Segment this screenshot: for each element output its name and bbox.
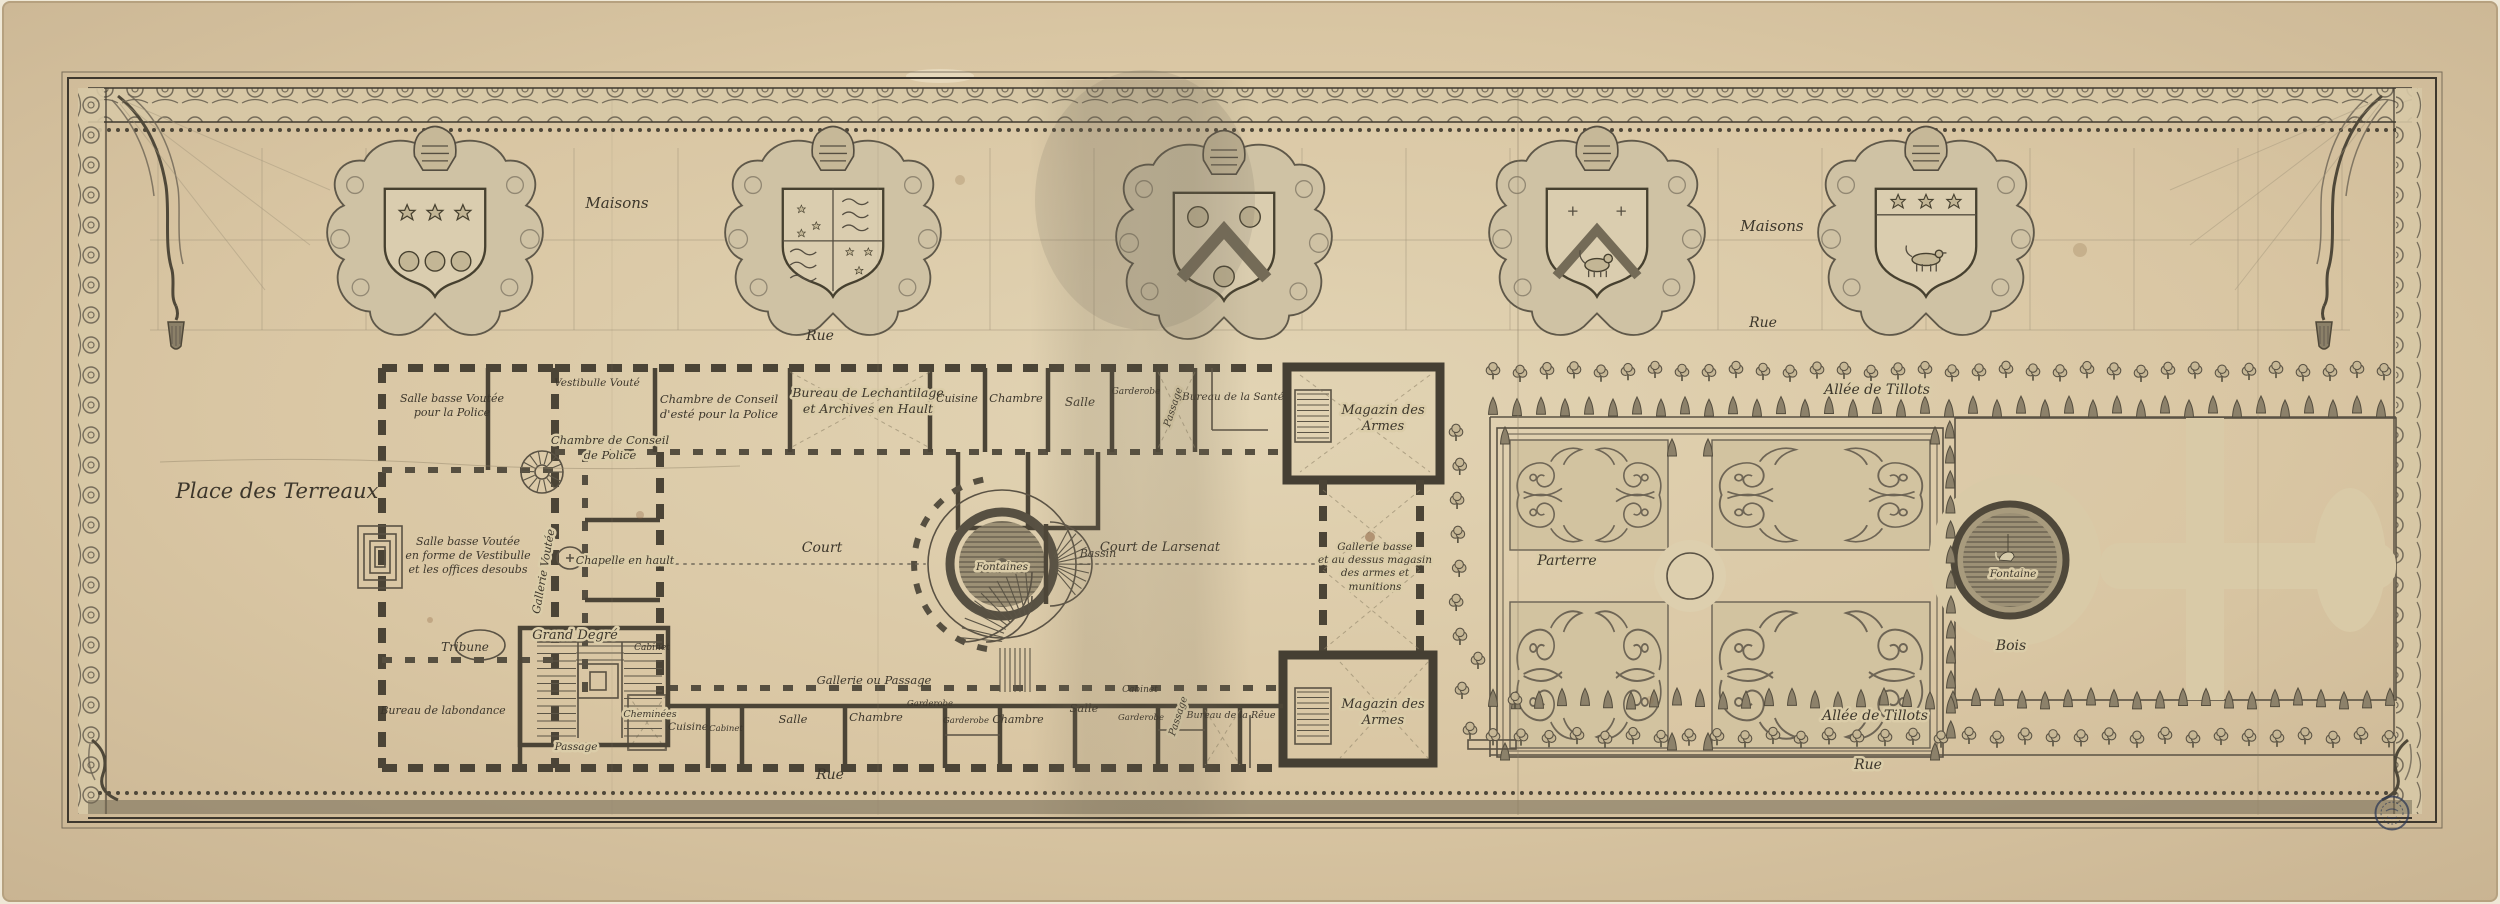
label-maisons-right: Maisons (1739, 217, 1803, 235)
label-echantillage-1: Bureau de Lechantilage (791, 385, 944, 400)
label-fontaines: Fontaines (975, 561, 1029, 573)
label-passage-stair: Passage (554, 741, 598, 753)
label-allee-top: Allée de Tillots (1822, 382, 1930, 398)
plan-engraving: Maisons Maisons Rue Rue Place des Terrea… (0, 0, 2500, 904)
label-chambre-s1: Chambre (849, 710, 903, 724)
foxing-spot (1365, 532, 1375, 542)
label-magazin-north-2: Armes (1361, 419, 1405, 434)
label-conseil-este-2: d'esté pour la Police (660, 407, 778, 421)
label-gallerie-passage: Gallerie ou Passage (817, 673, 932, 687)
label-maisons-left: Maisons (584, 194, 648, 212)
label-bois: Bois (1995, 638, 2026, 654)
label-rue-top-left: Rue (805, 328, 834, 344)
label-echantillage-2: et Archives en Hault (803, 401, 934, 416)
label-gal-basse-1: Gallerie basse (1337, 541, 1412, 553)
label-conseil-police-2: de Police (584, 448, 637, 462)
label-garderobe-s2: Garderobe (943, 716, 989, 726)
label-hall-2: en forme de Vestibulle (405, 549, 531, 562)
label-gal-basse-3: des armes et (1341, 567, 1410, 579)
label-magazin-south-1: Magazin des (1340, 697, 1425, 712)
right-frieze-band (2396, 88, 2422, 814)
label-gal-basse-4: munitions (1349, 581, 1403, 593)
label-hall-3: et les offices desoubs (409, 563, 528, 576)
label-rue-bottom-left: Rue (815, 767, 844, 783)
label-cabinet-south: Cabinet (709, 724, 743, 734)
label-cabinet-upper: Cabinet (634, 643, 670, 653)
label-rue-bottom-right: Rue (1853, 757, 1882, 773)
label-tribune: Tribune (441, 640, 489, 654)
label-garderobe-s1: Garderobe (907, 699, 953, 709)
label-hall-1: Salle basse Voutée (416, 535, 521, 548)
label-conseil-police-1: Chambre de Conseil (551, 433, 670, 447)
label-fontaine-pond: Fontaine (1989, 568, 2037, 580)
label-allee-bottom: Allée de Tillots (1820, 708, 1928, 724)
label-gal-basse-2: et au dessus magasin (1318, 554, 1432, 566)
label-court: Court (802, 540, 843, 556)
label-magazin-north-1: Magazin des (1340, 403, 1425, 418)
label-salle-police-2: pour la Police (414, 406, 491, 419)
engraving-sheet: Maisons Maisons Rue Rue Place des Terrea… (0, 0, 2500, 904)
label-place-des-terreaux: Place des Terreaux (175, 479, 379, 503)
label-conseil-este-1: Chambre de Conseil (660, 392, 779, 406)
label-vestibule: Vestibulle Vouté (554, 377, 640, 389)
label-cuisine-north: Cuisine (936, 392, 978, 405)
label-parterre: Parterre (1536, 553, 1596, 569)
label-magazin-south-2: Armes (1361, 713, 1405, 728)
label-grand-degre: Grand Degré (532, 628, 618, 643)
label-salle-police-1: Salle basse Voutée (400, 392, 505, 405)
label-chapelle: Chapelle en hault (576, 554, 675, 567)
paper-tear (906, 69, 974, 83)
label-rue-top-right: Rue (1748, 315, 1777, 331)
label-abondance: Bureau de labondance (379, 704, 506, 717)
label-cuisine-south: Cuisine (668, 721, 708, 733)
left-frieze-band (78, 88, 104, 814)
label-salle-sw: Salle (779, 712, 808, 726)
label-cheminees: Cheminées (623, 709, 676, 720)
pond-fountain (1954, 504, 2066, 616)
